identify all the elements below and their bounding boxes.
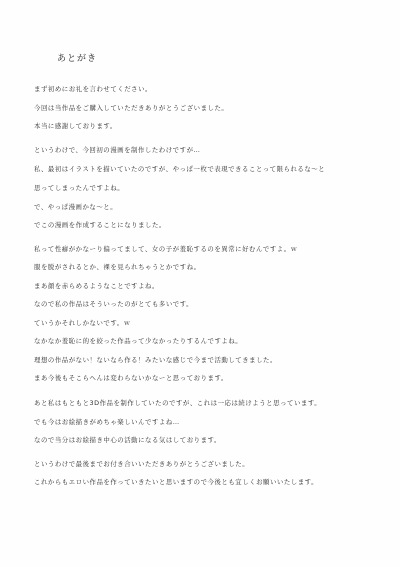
text-line: 本当に感謝しております。 bbox=[34, 122, 117, 130]
text-line: なので私の作品はそういったのがとても多いです。 bbox=[34, 300, 193, 308]
text-line: というわけで最後までお付き合いいただきありがとうございました。 bbox=[34, 460, 249, 468]
text-line: でも今はお絵描きがめちゃ楽しいんですよね… bbox=[34, 418, 180, 426]
page-title: あとがき bbox=[57, 51, 97, 64]
text-line: ていうかそれしかないです。ｗ bbox=[34, 319, 131, 327]
text-line: で、やっぱ漫画かな〜と。 bbox=[34, 203, 117, 211]
text-line: 思ってしまったんですよね。 bbox=[34, 184, 124, 192]
text-line: なかなか羞恥に的を絞った作品って少なかったりするんですよね。 bbox=[34, 337, 242, 345]
text-line: 私、最初はイラストを描いていたのですが、やっぱ一枚で表現できることって限られるな… bbox=[34, 165, 325, 173]
text-line: これからもエロい作品を作っていきたいと思いますので今後とも宜しくお願いいたします… bbox=[34, 478, 318, 486]
text-line: まあ今後もそこらへんは変わらないかなーと思っております。 bbox=[34, 374, 228, 382]
text-line: なので当分はお絵描き中心の活動になる気はしております。 bbox=[34, 436, 221, 444]
text-line: 私って性癖がかなーり偏ってまして、女の子が羞恥するのを異常に好むんですよ。ｗ bbox=[34, 245, 298, 253]
text-line: まず初めにお礼を言わせてください。 bbox=[34, 85, 152, 93]
text-line: 理想の作品がない！ないなら作る！みたいな感じで今まで活動してきました。 bbox=[34, 356, 277, 364]
text-line: まあ顔を赤らめるようなことですよね。 bbox=[34, 282, 159, 290]
text-line: 服を脱がされるとか、裸を見られちゃうとかですね。 bbox=[34, 263, 201, 271]
text-line: というわけで、今回初の漫画を制作したわけですが… bbox=[34, 146, 200, 154]
text-line: あと私はもともと3D作品を制作していたのですが、これは一応は続けようと思っていま… bbox=[34, 399, 321, 407]
text-line: 今回は当作品をご購入していただきありがとうございました。 bbox=[34, 104, 228, 112]
text-line: でこの漫画を作成することになりました。 bbox=[34, 221, 166, 229]
afterword-page: あとがき まず初めにお礼を言わせてください。 今回は当作品をご購入していただきあ… bbox=[0, 0, 400, 567]
